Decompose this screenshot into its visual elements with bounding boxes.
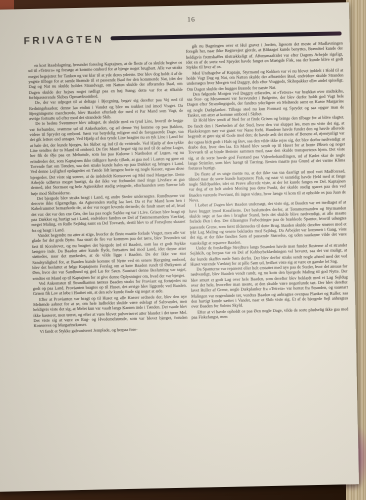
book-page: 16 FRIVAGTEN en kort Raadslagning, herun… bbox=[0, 2, 359, 491]
paragraph: De to bedste Svømmere blev udtaget, de s… bbox=[29, 118, 185, 196]
paragraph: Det bjergede blev straks bragt i Land, o… bbox=[31, 193, 186, 233]
right-text-column: gik nu Bagningen over et Hul gravet i Jo… bbox=[186, 40, 351, 449]
header-rule bbox=[111, 32, 342, 40]
paragraph: De fleste af os unge mente nu, at det ik… bbox=[188, 168, 346, 203]
paragraph: I Løbet af Dagen blev Baaden undersøgt, … bbox=[189, 200, 347, 246]
paragraph: Vandet begyndte nu atter at stige, hvorf… bbox=[32, 230, 187, 281]
left-text-column: en kort Raadslagning, herunder foreslog … bbox=[28, 60, 190, 457]
paragraph: gik nu Bagningen over et Hul gravet i Jo… bbox=[186, 40, 344, 70]
paragraph: Den følgende Morgen ved Daggry erfaredes… bbox=[187, 88, 345, 118]
paragraph: Et Hold blev sendt af Sted for at finde … bbox=[187, 115, 345, 171]
paragraph: en kort Raadslagning, herunder foreslog … bbox=[28, 60, 183, 100]
paragraph: Efter at Provianten var bragt op til Hus… bbox=[33, 293, 188, 328]
paragraph: Da Spanterne var repareret eller helt er… bbox=[190, 263, 348, 309]
chapter-title: FRIVAGTEN bbox=[24, 34, 105, 47]
page-number: 16 bbox=[187, 16, 195, 24]
